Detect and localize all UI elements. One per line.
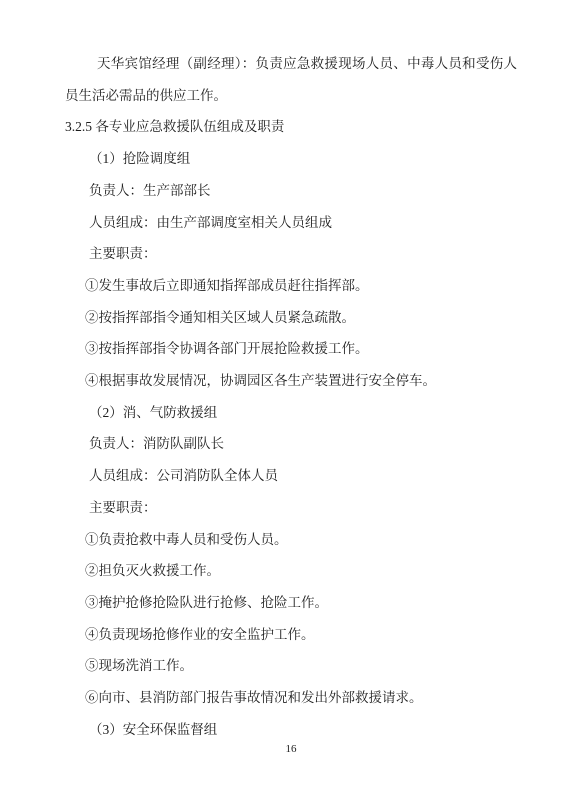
group-2-members: 人员组成：公司消防队全体人员	[65, 460, 517, 492]
duty-item: ④负责现场抢修作业的安全监护工作。	[65, 619, 517, 651]
duty-item: ④根据事故发展情况，协调园区各生产装置进行安全停车。	[65, 365, 517, 397]
document-page: 天华宾馆经理（副经理）：负责应急救援现场人员、中毒人员和受伤人员生活必需品的供应…	[0, 0, 582, 795]
duty-item: ①负责抢救中毒人员和受伤人员。	[65, 524, 517, 556]
duty-item: ③掩护抢修抢险队进行抢修、抢险工作。	[65, 587, 517, 619]
group-3-title: （3）安全环保监督组	[65, 714, 517, 746]
document-body: 天华宾馆经理（副经理）：负责应急救援现场人员、中毒人员和受伤人员生活必需品的供应…	[65, 48, 517, 745]
section-heading: 3.2.5 各专业应急救援队伍组成及职责	[65, 111, 517, 143]
paragraph-supply-duty: 天华宾馆经理（副经理）：负责应急救援现场人员、中毒人员和受伤人员生活必需品的供应…	[65, 48, 517, 111]
group-2-title: （2）消、气防救援组	[65, 397, 517, 429]
group-1-title: （1）抢险调度组	[65, 143, 517, 175]
group-2-duties-label: 主要职责：	[65, 492, 517, 524]
group-1-members: 人员组成：由生产部调度室相关人员组成	[65, 207, 517, 239]
duty-item: ⑥向市、县消防部门报告事故情况和发出外部救援请求。	[65, 682, 517, 714]
duty-item: ⑤现场洗消工作。	[65, 650, 517, 682]
duty-item: ②按指挥部指令通知相关区域人员紧急疏散。	[65, 302, 517, 334]
duty-item: ③按指挥部指令协调各部门开展抢险救援工作。	[65, 333, 517, 365]
group-1-leader: 负责人：生产部部长	[65, 175, 517, 207]
duty-item: ①发生事故后立即通知指挥部成员赶往指挥部。	[65, 270, 517, 302]
group-2-leader: 负责人：消防队副队长	[65, 428, 517, 460]
duty-item: ②担负灭火救援工作。	[65, 555, 517, 587]
page-number: 16	[0, 742, 582, 756]
group-1-duties-label: 主要职责：	[65, 238, 517, 270]
